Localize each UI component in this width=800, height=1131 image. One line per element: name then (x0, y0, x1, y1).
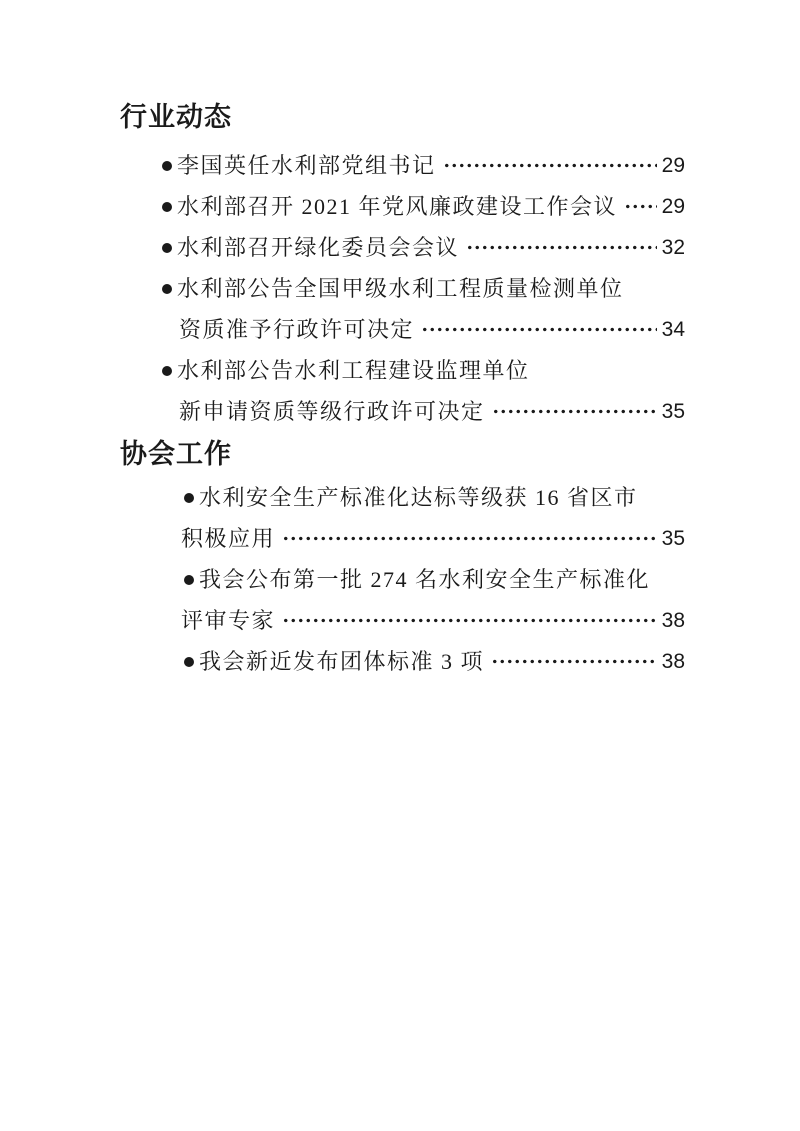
dot-leader (492, 391, 657, 432)
toc-page: 行业动态 李国英任水利部党组书记 29 水利部召开 2021 年党风廉政建设工作… (0, 0, 800, 1131)
toc-entry-continuation-row: 新申请资质等级行政许可决定 35 (120, 391, 685, 432)
toc-entry-text: 水利安全生产标准化达标等级获 16 省区市 (199, 486, 638, 510)
toc-entry-text: 我会公布第一批 274 名水利安全生产标准化 (199, 568, 650, 592)
toc-entry-row: 李国英任水利部党组书记 29 (120, 145, 685, 186)
toc-entry-row: 水利部公告全国甲级水利工程质量检测单位 (120, 268, 685, 309)
dot-leader (282, 600, 657, 641)
section-title-industry: 行业动态 (120, 103, 685, 131)
toc-entry-continuation: 资质准予行政许可决定 (179, 318, 414, 342)
toc-entry-row: 水利部召开绿化委员会会议 32 (120, 227, 685, 268)
bullet-icon (162, 202, 172, 212)
toc-entry-text: 水利部公告水利工程建设监理单位 (177, 359, 530, 383)
bullet-icon (162, 243, 172, 253)
toc-entry-continuation-row: 积极应用 35 (120, 518, 685, 559)
dot-leader (282, 518, 657, 559)
toc-entry-text: 我会新近发布团体标准 3 项 (199, 650, 484, 674)
page-number: 29 (662, 195, 685, 219)
toc-entry-row: 我会新近发布团体标准 3 项 38 (120, 641, 685, 682)
dot-leader (491, 641, 657, 682)
toc-entry-row: 水利安全生产标准化达标等级获 16 省区市 (120, 477, 685, 518)
page-number: 38 (662, 609, 685, 633)
page-number: 34 (662, 318, 685, 342)
toc-entry-row: 水利部公告水利工程建设监理单位 (120, 350, 685, 391)
section-title-association: 协会工作 (120, 440, 685, 468)
toc-entry-continuation: 评审专家 (181, 609, 275, 633)
page-number: 35 (662, 400, 685, 424)
toc-entry-text: 李国英任水利部党组书记 (177, 154, 436, 178)
toc-entry-row: 水利部召开 2021 年党风廉政建设工作会议 29 (120, 186, 685, 227)
toc-entry-row: 我会公布第一批 274 名水利安全生产标准化 (120, 559, 685, 600)
toc-entry-continuation: 积极应用 (181, 527, 275, 551)
bullet-icon (162, 284, 172, 294)
page-number: 32 (662, 236, 685, 260)
toc-entry-continuation-row: 资质准予行政许可决定 34 (120, 309, 685, 350)
bullet-icon (184, 657, 194, 667)
toc-entry-text: 水利部召开 2021 年党风廉政建设工作会议 (177, 195, 617, 219)
page-number: 35 (662, 527, 685, 551)
toc-entry-continuation-row: 评审专家 38 (120, 600, 685, 641)
toc-entry-text: 水利部公告全国甲级水利工程质量检测单位 (177, 277, 624, 301)
bullet-icon (162, 161, 172, 171)
page-number: 38 (662, 650, 685, 674)
toc-entry-continuation: 新申请资质等级行政许可决定 (179, 400, 485, 424)
dot-leader (466, 227, 657, 268)
dot-leader (624, 186, 657, 227)
bullet-icon (162, 366, 172, 376)
bullet-icon (184, 493, 194, 503)
dot-leader (443, 145, 657, 186)
dot-leader (421, 309, 657, 350)
toc-entry-text: 水利部召开绿化委员会会议 (177, 236, 459, 260)
page-number: 29 (662, 154, 685, 178)
bullet-icon (184, 575, 194, 585)
